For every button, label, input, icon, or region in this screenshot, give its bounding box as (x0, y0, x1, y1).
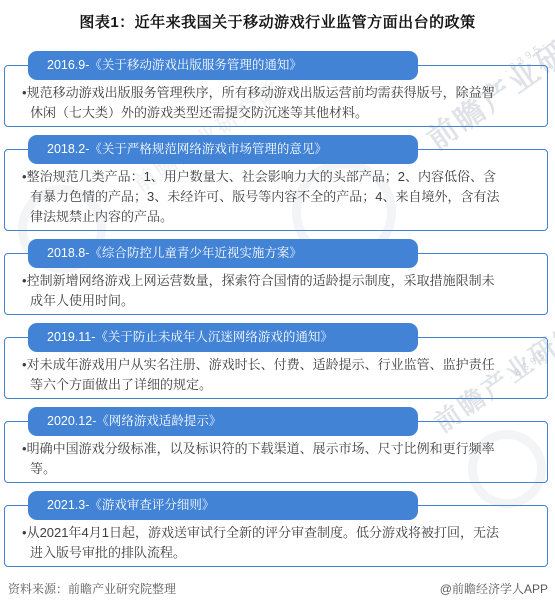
policy-section-2019-11: 2019.11-《关于防止未成年人沉迷网络游戏的通知》 对未成年游戏用户从实名注… (0, 323, 555, 399)
policy-section-2016-9: 2016.9-《关于移动游戏出版服务管理的通知》 规范移动游戏出版服务管理秩序，… (0, 51, 555, 127)
policy-heading: 2018.2-《关于严格规范网络游戏市场管理的意见》 (28, 135, 418, 164)
policy-description: 对未成年游戏用户从实名注册、游戏时长、付费、适龄提示、行业监管、监护责任等六个方… (22, 355, 503, 395)
source-note: 资料来源：前瞻产业研究院整理 (8, 580, 176, 597)
footer: 资料来源：前瞻产业研究院整理 @前瞻经济学人APP (8, 580, 548, 597)
policy-heading: 2016.9-《关于移动游戏出版服务管理的通知》 (28, 51, 418, 80)
policy-heading: 2021.3-《游戏审查评分细则》 (28, 491, 418, 520)
policy-section-2020-12: 2020.12-《网络游戏适龄提示》 明确中国游戏分级标准，以及标识符的下载渠道… (0, 407, 555, 483)
policy-heading: 2020.12-《网络游戏适龄提示》 (28, 407, 418, 436)
policy-description: 整治规范几类产品：1、用户数量大、社会影响力大的头部产品；2、内容低俗、含有暴力… (22, 167, 503, 227)
policy-section-2021-3: 2021.3-《游戏审查评分细则》 从2021年4月1日起，游戏送审试行全新的评… (0, 491, 555, 567)
policy-section-2018-2: 2018.2-《关于严格规范网络游戏市场管理的意见》 整治规范几类产品：1、用户… (0, 135, 555, 231)
credit-note: @前瞻经济学人APP (440, 580, 548, 597)
policy-description: 明确中国游戏分级标准，以及标识符的下载渠道、展示市场、尺寸比例和更行频率等。 (22, 439, 503, 479)
policy-heading: 2019.11-《关于防止未成年人沉迷网络游戏的通知》 (28, 323, 418, 352)
page-title: 图表1：近年来我国关于移动游戏行业监管方面出台的政策 (0, 0, 555, 32)
policy-description: 控制新增网络游戏上网运营数量，探索符合国情的适龄提示制度，采取措施限制未成年人使… (22, 271, 503, 311)
policy-heading: 2018.8-《综合防控儿童青少年近视实施方案》 (28, 239, 418, 268)
policy-section-2018-8: 2018.8-《综合防控儿童青少年近视实施方案》 控制新增网络游戏上网运营数量，… (0, 239, 555, 315)
policy-sections: 2016.9-《关于移动游戏出版服务管理的通知》 规范移动游戏出版服务管理秩序，… (0, 51, 555, 567)
policy-infographic: 前瞻产业研究院 前瞻产业研究院 前瞻产业研究院 ·8395- ·8395- 图表… (0, 0, 555, 610)
policy-description: 规范移动游戏出版服务管理秩序，所有移动游戏出版运营前均需获得版号，除益智休闲（七… (22, 83, 503, 123)
policy-description: 从2021年4月1日起，游戏送审试行全新的评分审查制度。低分游戏将被打回，无法进… (22, 523, 503, 563)
